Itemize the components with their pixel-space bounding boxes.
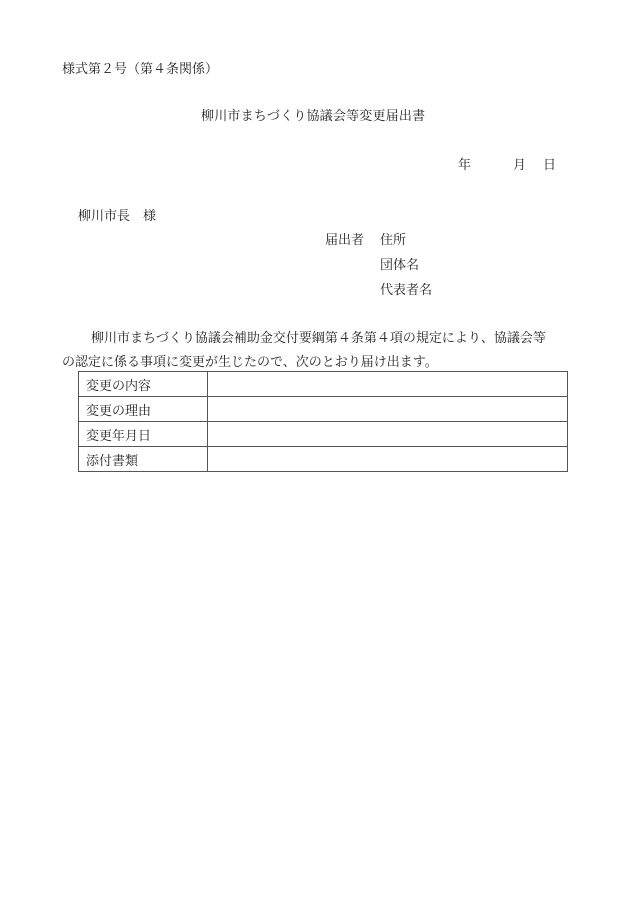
table-row: 変更の理由	[79, 397, 568, 422]
group-name-label: 団体名	[380, 258, 419, 274]
date-month-label: 月	[513, 158, 543, 174]
notifier-label: 届出者	[325, 233, 364, 249]
table-row: 変更の内容	[79, 372, 568, 397]
row-value-change-date[interactable]	[208, 422, 568, 447]
address-label: 住所	[380, 233, 406, 249]
row-value-change-reason[interactable]	[208, 397, 568, 422]
date-line: 年月日	[458, 158, 556, 174]
representative-label: 代表者名	[380, 283, 432, 299]
row-value-change-content[interactable]	[208, 372, 568, 397]
change-details-table: 変更の内容 変更の理由 変更年月日 添付書類	[78, 371, 568, 472]
document-title: 柳川市まちづくり協議会等変更届出書	[201, 109, 425, 125]
row-value-attachments[interactable]	[208, 447, 568, 472]
form-number: 様式第２号（第４条関係）	[62, 62, 218, 78]
row-label-change-date: 変更年月日	[79, 422, 208, 447]
row-label-attachments: 添付書類	[79, 447, 208, 472]
table-row: 添付書類	[79, 447, 568, 472]
body-text-line-2: の認定に係る事項に変更が生じたので、次のとおり届け出ます。	[62, 355, 438, 371]
row-label-change-reason: 変更の理由	[79, 397, 208, 422]
date-day-label: 日	[543, 158, 556, 174]
addressee: 柳川市長 様	[78, 209, 156, 225]
body-text-line-1: 柳川市まちづくり協議会補助金交付要綱第４条第４項の規定により、協議会等	[91, 331, 546, 347]
table-row: 変更年月日	[79, 422, 568, 447]
date-year-label: 年	[458, 158, 513, 174]
row-label-change-content: 変更の内容	[79, 372, 208, 397]
